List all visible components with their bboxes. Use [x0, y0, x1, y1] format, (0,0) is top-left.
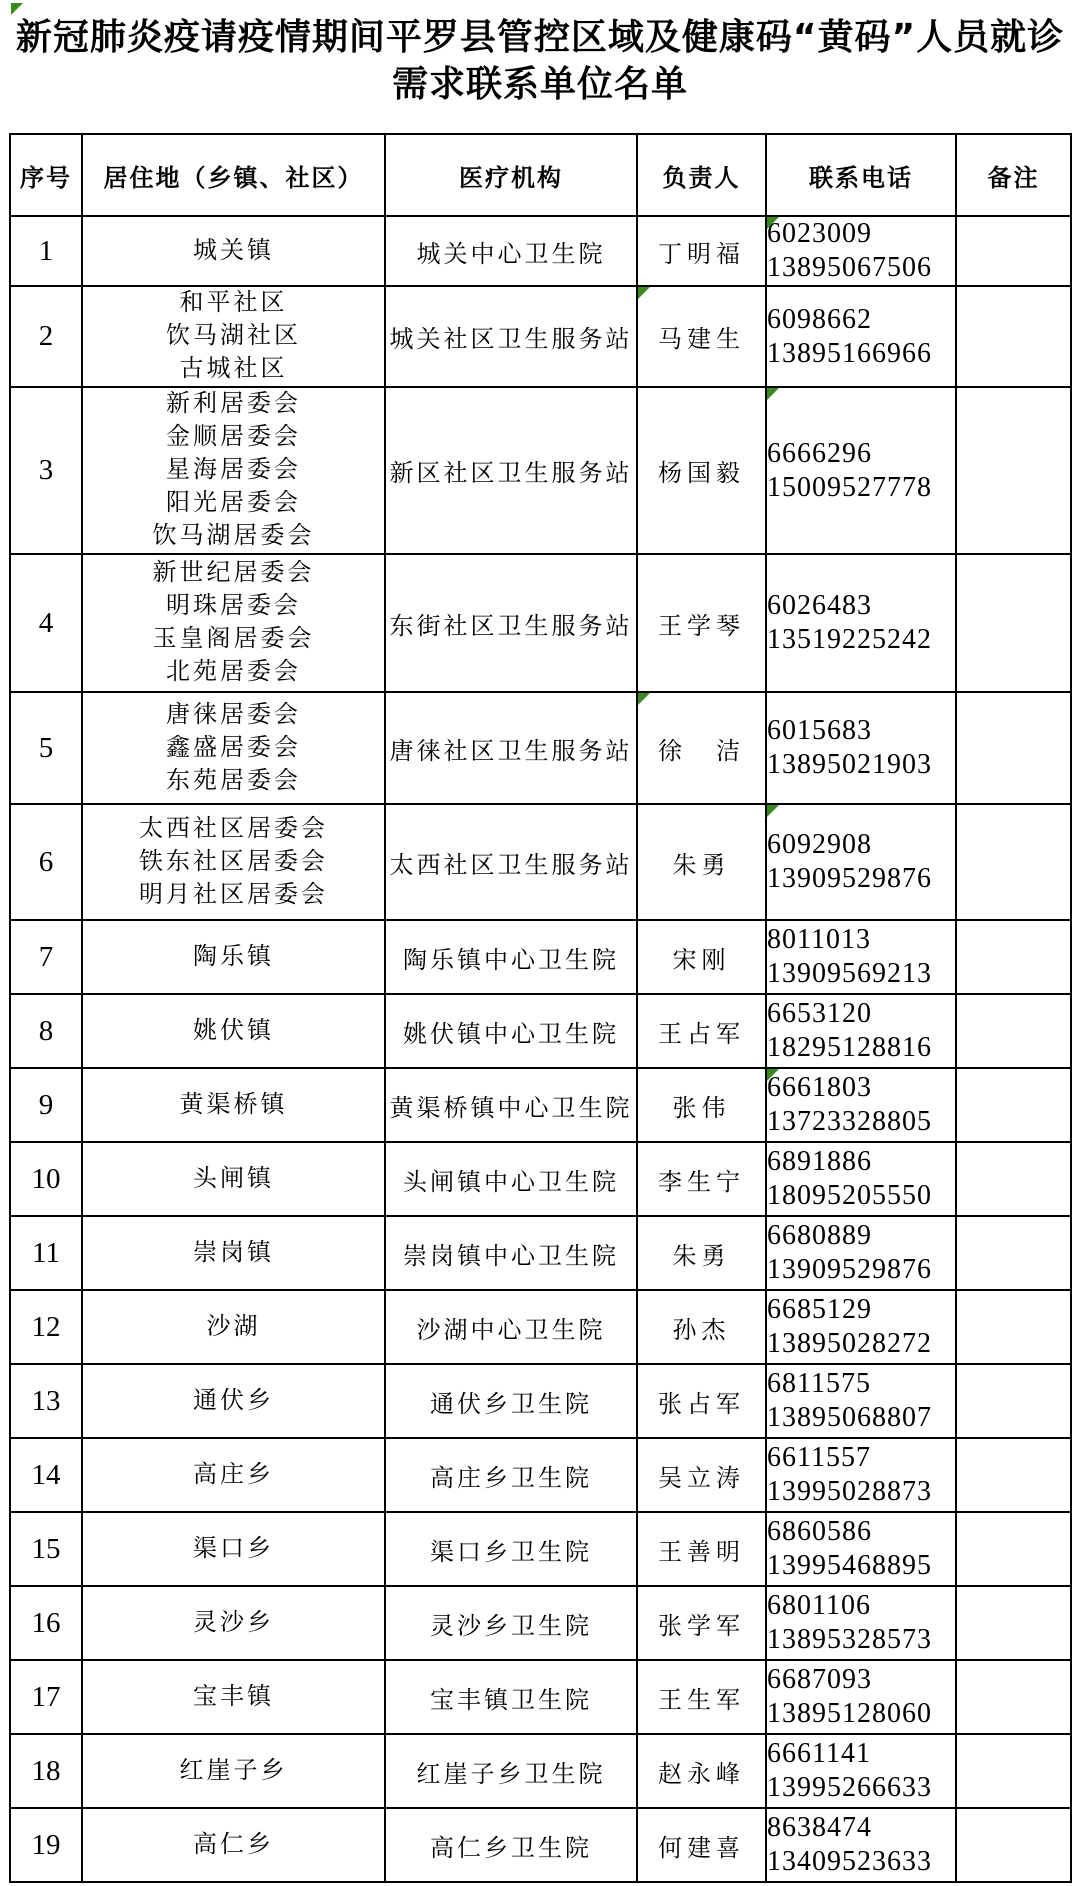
cell-text-line: 崇岗镇: [83, 1237, 384, 1270]
cell-text-line: 6811575: [767, 1367, 955, 1401]
cell-phone: 666114113995266633: [766, 1734, 956, 1808]
cell-person: 赵永峰: [637, 1734, 766, 1808]
cell-text-line: 13995028873: [767, 1475, 955, 1509]
cell-institution: 宝丰镇卫生院: [385, 1660, 637, 1734]
cell-person: 张占军: [637, 1364, 766, 1438]
cell-phone: 609290813909529876: [766, 804, 956, 920]
cell-text-line: 13909529876: [767, 862, 955, 896]
cell-text-line: 6026483: [767, 589, 955, 623]
cell-phone: 601568313895021903: [766, 692, 956, 804]
cell-person: 王善明: [637, 1512, 766, 1586]
cell-phone: 666180313723328805: [766, 1068, 956, 1142]
cell-text-line: 8638474: [767, 1811, 955, 1845]
cell-remark: [956, 216, 1071, 286]
cell-error-flag-icon: [767, 805, 779, 817]
cell-person: 张伟: [637, 1068, 766, 1142]
cell-text-line: 太西社区居委会: [83, 813, 384, 846]
cell-remark: [956, 1512, 1071, 1586]
table-body: 1城关镇城关中心卫生院丁明福6023009138950675062和平社区饮马湖…: [10, 216, 1071, 1882]
cell-phone: 661155713995028873: [766, 1438, 956, 1512]
page-title-line2: 需求联系单位名单: [9, 61, 1071, 108]
cell-text-line: 18295128816: [767, 1031, 955, 1065]
cell-residence: 陶乐镇: [82, 920, 385, 994]
cell-text-line: 6860586: [767, 1515, 955, 1549]
cell-text-line: 18095205550: [767, 1179, 955, 1213]
cell-person: 丁明福: [637, 216, 766, 286]
cell-institution: 陶乐镇中心卫生院: [385, 920, 637, 994]
cell-text-line: 东苑居委会: [83, 765, 384, 798]
cell-phone: 689188618095205550: [766, 1142, 956, 1216]
cell-text-line: 头闸镇: [83, 1163, 384, 1196]
cell-text-line: 6685129: [767, 1293, 955, 1327]
table-row: 15渠口乡渠口乡卫生院王善明686058613995468895: [10, 1512, 1071, 1586]
cell-text-line: 6891886: [767, 1145, 955, 1179]
cell-person: 宋刚: [637, 920, 766, 994]
cell-text-line: 13519225242: [767, 623, 955, 657]
header-residence: 居住地（乡镇、社区）: [82, 134, 385, 216]
cell-remark: [956, 1586, 1071, 1660]
cell-institution: 灵沙乡卫生院: [385, 1586, 637, 1660]
cell-phone: 602300913895067506: [766, 216, 956, 286]
cell-seq: 1: [10, 216, 82, 286]
cell-phone: 602648313519225242: [766, 554, 956, 692]
cell-text-line: 沙湖: [83, 1311, 384, 1344]
cell-residence: 城关镇: [82, 216, 385, 286]
cell-remark: [956, 1290, 1071, 1364]
cell-text-line: 13909569213: [767, 957, 955, 991]
cell-text-line: 饮马湖社区: [83, 320, 384, 353]
cell-residence: 头闸镇: [82, 1142, 385, 1216]
cell-institution: 头闸镇中心卫生院: [385, 1142, 637, 1216]
cell-text-line: 高庄乡: [83, 1459, 384, 1492]
cell-institution: 城关中心卫生院: [385, 216, 637, 286]
cell-text-line: 6098662: [767, 303, 955, 337]
cell-text-line: 13895128060: [767, 1697, 955, 1731]
cell-text-line: 通伏乡: [83, 1385, 384, 1418]
cell-seq: 10: [10, 1142, 82, 1216]
cell-residence: 宝丰镇: [82, 1660, 385, 1734]
table-row: 13通伏乡通伏乡卫生院张占军681157513895068807: [10, 1364, 1071, 1438]
cell-residence: 渠口乡: [82, 1512, 385, 1586]
cell-text-line: 13895068807: [767, 1401, 955, 1435]
cell-text-line: 6687093: [767, 1663, 955, 1697]
cell-person: 李生宁: [637, 1142, 766, 1216]
cell-seq: 6: [10, 804, 82, 920]
header-institution: 医疗机构: [385, 134, 637, 216]
cell-remark: [956, 1216, 1071, 1290]
table-row: 16灵沙乡灵沙乡卫生院张学军680110613895328573: [10, 1586, 1071, 1660]
cell-residence: 沙湖: [82, 1290, 385, 1364]
cell-text-line: 玉皇阁居委会: [83, 623, 384, 656]
cell-institution: 城关社区卫生服务站: [385, 286, 637, 387]
cell-text-line: 13995266633: [767, 1771, 955, 1805]
cell-person: 朱勇: [637, 1216, 766, 1290]
table-row: 5唐徕居委会鑫盛居委会东苑居委会唐徕社区卫生服务站徐 洁601568313895…: [10, 692, 1071, 804]
cell-text-line: 13995468895: [767, 1549, 955, 1583]
cell-person: 杨国毅: [637, 387, 766, 554]
cell-text-line: 城关镇: [83, 235, 384, 268]
cell-error-flag-icon: [638, 693, 650, 705]
cell-institution: 东街社区卫生服务站: [385, 554, 637, 692]
cell-institution: 姚伏镇中心卫生院: [385, 994, 637, 1068]
cell-phone: 863847413409523633: [766, 1808, 956, 1882]
cell-person: 朱勇: [637, 804, 766, 920]
cell-remark: [956, 804, 1071, 920]
cell-remark: [956, 1660, 1071, 1734]
cell-residence: 红崖子乡: [82, 1734, 385, 1808]
table-row: 18红崖子乡红崖子乡卫生院赵永峰666114113995266633: [10, 1734, 1071, 1808]
cell-person: 王占军: [637, 994, 766, 1068]
cell-text-line: 北苑居委会: [83, 656, 384, 689]
cell-institution: 渠口乡卫生院: [385, 1512, 637, 1586]
cell-residence: 高仁乡: [82, 1808, 385, 1882]
cell-text-line: 新世纪居委会: [83, 557, 384, 590]
cell-text-line: 13895021903: [767, 748, 955, 782]
cell-remark: [956, 994, 1071, 1068]
contact-table: 序号 居住地（乡镇、社区） 医疗机构 负责人 联系电话 备注 1城关镇城关中心卫…: [9, 133, 1072, 1883]
table-row: 14高庄乡高庄乡卫生院吴立涛661155713995028873: [10, 1438, 1071, 1512]
table-row: 7陶乐镇陶乐镇中心卫生院宋刚801101313909569213: [10, 920, 1071, 994]
cell-institution: 黄渠桥镇中心卫生院: [385, 1068, 637, 1142]
cell-person: 王学琴: [637, 554, 766, 692]
cell-person: 何建喜: [637, 1808, 766, 1882]
cell-error-flag-icon: [767, 388, 779, 400]
cell-phone: 668088913909529876: [766, 1216, 956, 1290]
cell-person: 孙杰: [637, 1290, 766, 1364]
table-header-row: 序号 居住地（乡镇、社区） 医疗机构 负责人 联系电话 备注: [10, 134, 1071, 216]
cell-person: 吴立涛: [637, 1438, 766, 1512]
cell-remark: [956, 1142, 1071, 1216]
cell-person: 徐 洁: [637, 692, 766, 804]
cell-institution: 崇岗镇中心卫生院: [385, 1216, 637, 1290]
cell-institution: 高庄乡卫生院: [385, 1438, 637, 1512]
cell-phone: 668512913895028272: [766, 1290, 956, 1364]
cell-seq: 17: [10, 1660, 82, 1734]
cell-residence: 唐徕居委会鑫盛居委会东苑居委会: [82, 692, 385, 804]
cell-text-line: 6611557: [767, 1441, 955, 1475]
cell-residence: 崇岗镇: [82, 1216, 385, 1290]
cell-seq: 9: [10, 1068, 82, 1142]
table-row: 12沙湖沙湖中心卫生院孙杰668512913895028272: [10, 1290, 1071, 1364]
cell-seq: 15: [10, 1512, 82, 1586]
cell-person: 马建生: [637, 286, 766, 387]
cell-text-line: 金顺居委会: [83, 421, 384, 454]
cell-seq: 3: [10, 387, 82, 554]
table-row: 1城关镇城关中心卫生院丁明福602300913895067506: [10, 216, 1071, 286]
cell-text-line: 8011013: [767, 923, 955, 957]
cell-text-line: 6653120: [767, 997, 955, 1031]
cell-residence: 新利居委会金顺居委会星海居委会阳光居委会饮马湖居委会: [82, 387, 385, 554]
table-row: 8姚伏镇姚伏镇中心卫生院王占军665312018295128816: [10, 994, 1071, 1068]
table-row: 10头闸镇头闸镇中心卫生院李生宁689188618095205550: [10, 1142, 1071, 1216]
cell-text-line: 古城社区: [83, 353, 384, 386]
cell-institution: 沙湖中心卫生院: [385, 1290, 637, 1364]
cell-text-line: 唐徕居委会: [83, 699, 384, 732]
cell-residence: 新世纪居委会明珠居委会玉皇阁居委会北苑居委会: [82, 554, 385, 692]
header-seq: 序号: [10, 134, 82, 216]
header-remark: 备注: [956, 134, 1071, 216]
cell-residence: 姚伏镇: [82, 994, 385, 1068]
cell-phone: 681157513895068807: [766, 1364, 956, 1438]
cell-text-line: 红崖子乡: [83, 1755, 384, 1788]
cell-remark: [956, 387, 1071, 554]
cell-remark: [956, 1068, 1071, 1142]
cell-text-line: 13895028272: [767, 1327, 955, 1361]
cell-phone: 665312018295128816: [766, 994, 956, 1068]
cell-text-line: 6801106: [767, 1589, 955, 1623]
cell-seq: 18: [10, 1734, 82, 1808]
cell-text-line: 饮马湖居委会: [83, 520, 384, 553]
cell-remark: [956, 1364, 1071, 1438]
cell-residence: 灵沙乡: [82, 1586, 385, 1660]
cell-seq: 4: [10, 554, 82, 692]
cell-text-line: 铁东社区居委会: [83, 846, 384, 879]
cell-text-line: 15009527778: [767, 471, 955, 505]
table-row: 3新利居委会金顺居委会星海居委会阳光居委会饮马湖居委会新区社区卫生服务站杨国毅6…: [10, 387, 1071, 554]
cell-remark: [956, 1734, 1071, 1808]
cell-text-line: 明月社区居委会: [83, 879, 384, 912]
cell-seq: 7: [10, 920, 82, 994]
cell-text-line: 6015683: [767, 714, 955, 748]
cell-text-line: 灵沙乡: [83, 1607, 384, 1640]
cell-text-line: 黄渠桥镇: [83, 1089, 384, 1122]
table-row: 9黄渠桥镇黄渠桥镇中心卫生院张伟666180313723328805: [10, 1068, 1071, 1142]
cell-seq: 5: [10, 692, 82, 804]
cell-text-line: 13895328573: [767, 1623, 955, 1657]
cell-text-line: 阳光居委会: [83, 487, 384, 520]
cell-residence: 和平社区饮马湖社区古城社区: [82, 286, 385, 387]
cell-text-line: 6092908: [767, 828, 955, 862]
page-title-line1: 新冠肺炎疫请疫情期间平罗县管控区域及健康码“黄码”人员就诊: [9, 14, 1071, 61]
table-row: 6太西社区居委会铁东社区居委会明月社区居委会太西社区卫生服务站朱勇6092908…: [10, 804, 1071, 920]
header-person: 负责人: [637, 134, 766, 216]
cell-institution: 高仁乡卫生院: [385, 1808, 637, 1882]
cell-phone: 666629615009527778: [766, 387, 956, 554]
cell-text-line: 6661141: [767, 1737, 955, 1771]
cell-text-line: 13895067506: [767, 251, 955, 285]
cell-text-line: 高仁乡: [83, 1829, 384, 1862]
cell-seq: 12: [10, 1290, 82, 1364]
cell-residence: 黄渠桥镇: [82, 1068, 385, 1142]
cell-text-line: 6661803: [767, 1071, 955, 1105]
cell-text-line: 6023009: [767, 217, 955, 251]
cell-phone: 609866213895166966: [766, 286, 956, 387]
cell-residence: 高庄乡: [82, 1438, 385, 1512]
cell-remark: [956, 692, 1071, 804]
cell-residence: 太西社区居委会铁东社区居委会明月社区居委会: [82, 804, 385, 920]
cell-seq: 2: [10, 286, 82, 387]
cell-remark: [956, 286, 1071, 387]
cell-institution: 唐徕社区卫生服务站: [385, 692, 637, 804]
cell-phone: 801101313909569213: [766, 920, 956, 994]
cell-phone: 686058613995468895: [766, 1512, 956, 1586]
cell-seq: 8: [10, 994, 82, 1068]
cell-seq: 16: [10, 1586, 82, 1660]
cell-person: 王生军: [637, 1660, 766, 1734]
cell-seq: 14: [10, 1438, 82, 1512]
cell-institution: 太西社区卫生服务站: [385, 804, 637, 920]
cell-text-line: 13409523633: [767, 1845, 955, 1879]
cell-text-line: 鑫盛居委会: [83, 732, 384, 765]
header-phone: 联系电话: [766, 134, 956, 216]
cell-text-line: 13895166966: [767, 337, 955, 371]
cell-error-flag-icon: [638, 287, 650, 299]
cell-seq: 19: [10, 1808, 82, 1882]
cell-text-line: 姚伏镇: [83, 1015, 384, 1048]
document-sheet: 新冠肺炎疫请疫情期间平罗县管控区域及健康码“黄码”人员就诊 需求联系单位名单 序…: [9, 0, 1071, 1883]
cell-institution: 新区社区卫生服务站: [385, 387, 637, 554]
cell-remark: [956, 554, 1071, 692]
cell-text-line: 6666296: [767, 437, 955, 471]
cell-residence: 通伏乡: [82, 1364, 385, 1438]
cell-text-line: 渠口乡: [83, 1533, 384, 1566]
document-title-block: 新冠肺炎疫请疫情期间平罗县管控区域及健康码“黄码”人员就诊 需求联系单位名单: [9, 0, 1071, 133]
cell-seq: 11: [10, 1216, 82, 1290]
cell-remark: [956, 1808, 1071, 1882]
cell-text-line: 星海居委会: [83, 454, 384, 487]
cell-seq: 13: [10, 1364, 82, 1438]
cell-text-line: 13723328805: [767, 1105, 955, 1139]
cell-text-line: 13909529876: [767, 1253, 955, 1287]
table-row: 2和平社区饮马湖社区古城社区城关社区卫生服务站马建生60986621389516…: [10, 286, 1071, 387]
cell-remark: [956, 920, 1071, 994]
cell-institution: 通伏乡卫生院: [385, 1364, 637, 1438]
cell-remark: [956, 1438, 1071, 1512]
cell-phone: 668709313895128060: [766, 1660, 956, 1734]
cell-person: 张学军: [637, 1586, 766, 1660]
cell-text-line: 新利居委会: [83, 388, 384, 421]
table-row: 19高仁乡高仁乡卫生院何建喜863847413409523633: [10, 1808, 1071, 1882]
cell-phone: 680110613895328573: [766, 1586, 956, 1660]
cell-text-line: 和平社区: [83, 287, 384, 320]
cell-text-line: 6680889: [767, 1219, 955, 1253]
table-row: 4新世纪居委会明珠居委会玉皇阁居委会北苑居委会东街社区卫生服务站王学琴60264…: [10, 554, 1071, 692]
cell-text-line: 陶乐镇: [83, 941, 384, 974]
cell-institution: 红崖子乡卫生院: [385, 1734, 637, 1808]
cell-text-line: 明珠居委会: [83, 590, 384, 623]
cell-text-line: 宝丰镇: [83, 1681, 384, 1714]
table-row: 11崇岗镇崇岗镇中心卫生院朱勇668088913909529876: [10, 1216, 1071, 1290]
table-row: 17宝丰镇宝丰镇卫生院王生军668709313895128060: [10, 1660, 1071, 1734]
